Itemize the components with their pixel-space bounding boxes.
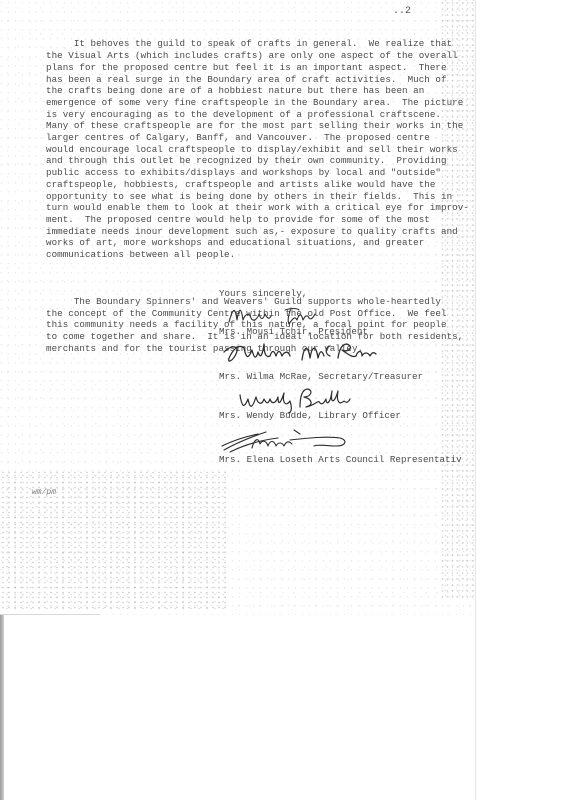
text-line: immediate needs inour development such a… [46,226,476,238]
text-line: the Visual Arts (which includes crafts) … [46,50,476,62]
text-line: works of art, more workshops and educati… [46,237,476,249]
text-line: is very encouraging as to the developmen… [46,109,476,121]
page-right-edge [475,0,476,800]
closing-salutation: Yours sincerely, [219,288,307,299]
scanner-left-edge [0,615,4,800]
text-line: turn would enable them to look at their … [46,202,476,214]
text-line: public access to exhibits/displays and w… [46,167,476,179]
text-line: It behoves the guild to speak of crafts … [46,38,476,50]
text-line: communications between all people. [46,249,476,261]
text-line: the crafts being done are of a hobbiest … [46,85,476,97]
text-line: ment. The proposed centre would help to … [46,214,476,226]
text-line: opportunity to see what is being done by… [46,191,476,203]
page-bottom-edge [0,614,100,615]
signatory-2-name: Mrs. Wilma McRae, Secretary/Treasurer [219,371,423,382]
paragraph-crafts: It behoves the guild to speak of crafts … [46,38,476,260]
signature-wilma-mcrae [218,334,378,374]
signatory-3-name: Mrs. Wendy Budde, Library Officer [219,410,401,421]
text-line: plans for the proposed centre but feel i… [46,62,476,74]
text-line: emergence of some very fine craftspeople… [46,97,476,109]
text-line: has been a real surge in the Boundary ar… [46,74,476,86]
text-line: would encourage local craftspeople to di… [46,144,476,156]
scanned-letter-page: ..2 It behoves the guild to speak of cra… [0,0,475,615]
typist-reference: wm/pm [32,488,56,497]
text-line: larger centres of Calgary, Banff, and Va… [46,132,476,144]
signature-e-loseth [218,424,368,456]
text-line: craftspeople, hobbiests, craftspeople an… [46,179,476,191]
text-line: and through this outlet be recognized by… [46,155,476,167]
signatory-4-name: Mrs. Elena Loseth Arts Council Represent… [219,454,462,465]
text-line: Many of these craftspeople are for the m… [46,120,476,132]
